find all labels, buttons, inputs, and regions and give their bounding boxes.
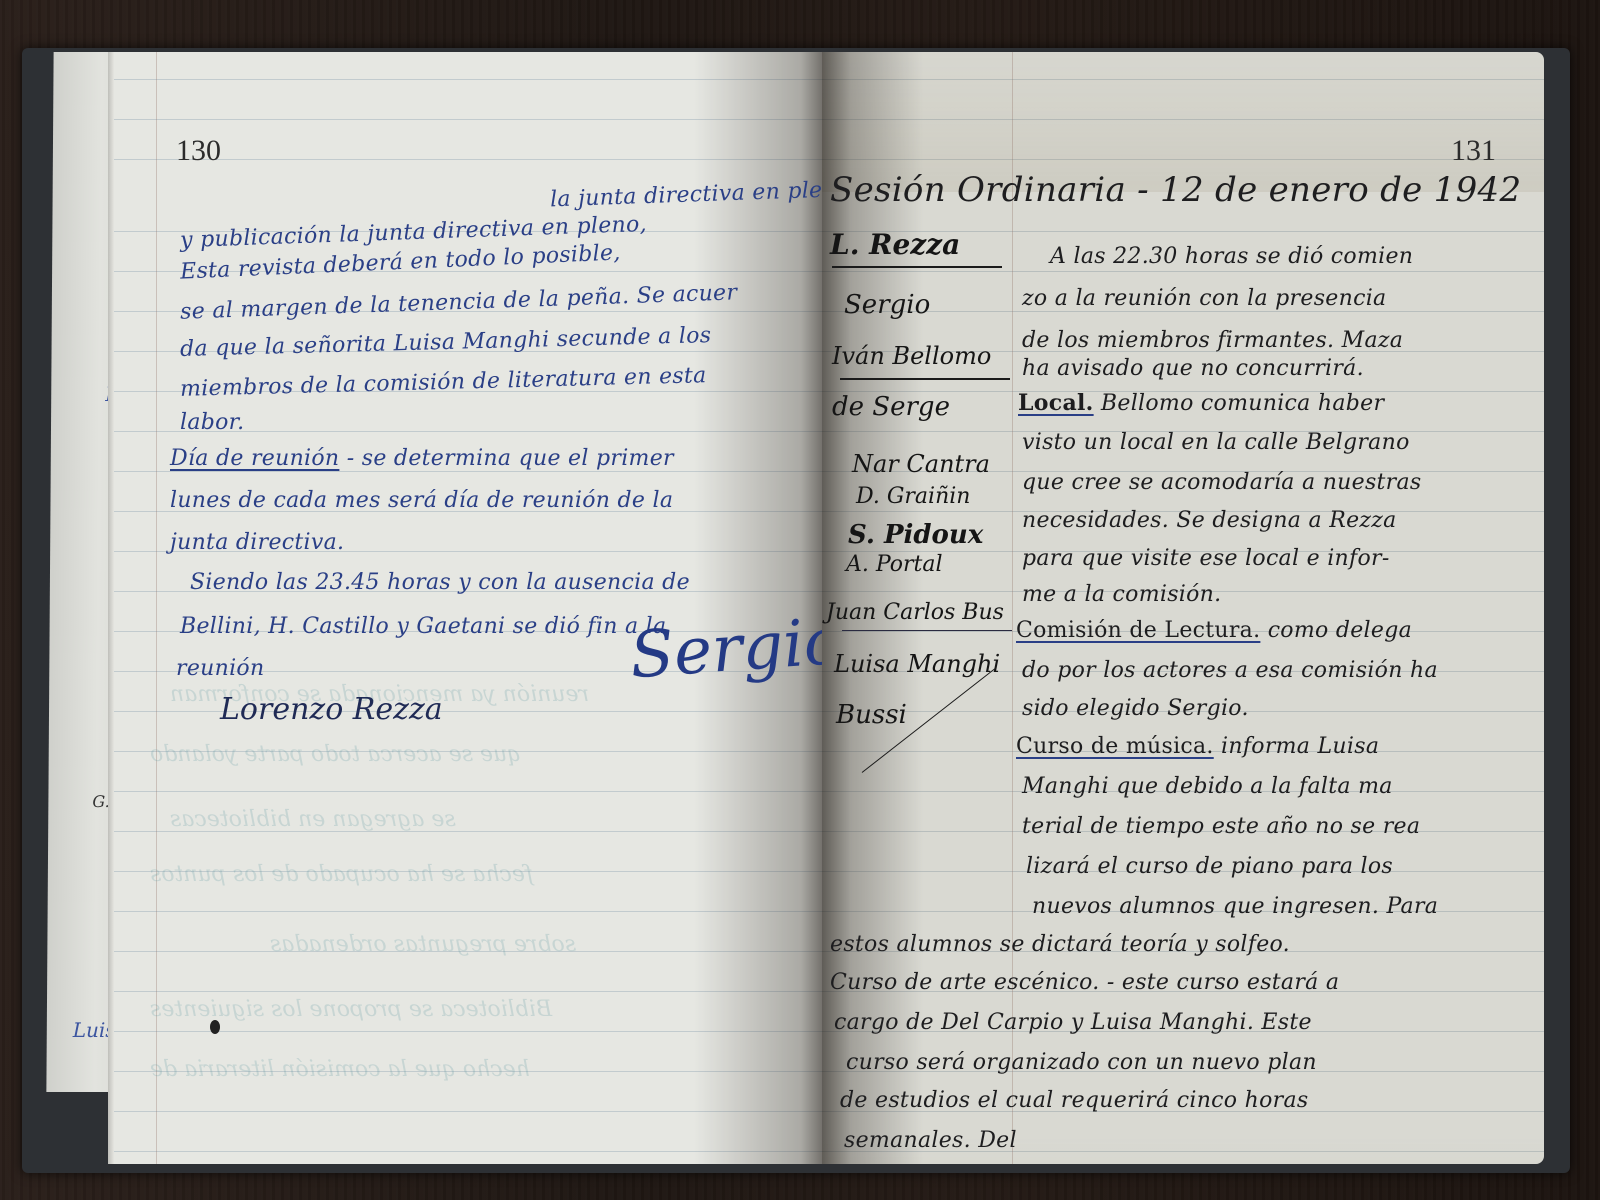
signature: Sergio [844,290,930,320]
text-line: cargo de Del Carpio y Luisa Manghi. Este [834,1010,1312,1035]
text-line: visto un local en la calle Belgrano [1022,430,1410,455]
text-line: miembros de la comisión de literatura en… [180,363,707,402]
text-line: terial de tiempo este año no se rea [1022,814,1420,839]
section-heading: Curso de música. [1016,734,1214,759]
text-line: reunión [176,656,264,681]
text-line: para que visite ese local e infor- [1022,546,1390,571]
text-line: lunes de cada mes será día de reunión de… [170,488,673,513]
section-heading: Curso de arte escénico. [830,970,1100,995]
section-heading: Día de reunión [170,446,339,471]
text-line: de los miembros firmantes. Maza [1022,328,1403,353]
signature-underline [832,266,1002,268]
bleed-through-text: fecha se ha ocupado de los puntos [150,862,533,887]
signature: Juan Carlos Bus [826,600,1004,625]
bleed-through-text: que se acerca todo parte yolando [150,742,521,767]
signature: L. Rezza [830,228,960,261]
session-title: Sesión Ordinaria - 12 de enero de 1942 [830,170,1521,210]
margin-rule [1012,52,1013,1164]
signature: Luisa Manghi [834,650,1000,678]
section-entry: Curso de arte escénico. - este curso est… [830,970,1339,995]
ink-blot [210,1020,220,1034]
signature: de Serge [832,392,950,422]
section-entry: Local. Bellomo comunica haber [1018,390,1384,416]
text-line: A las 22.30 horas se dió comien [1050,244,1413,269]
signature: Sergio [628,605,822,694]
signature: Bussi [836,700,907,730]
signature: Iván Bellomo [832,342,991,370]
section-entry: Día de reunión - se determina que el pri… [170,446,674,471]
text-line: Siendo las 23.45 horas y con la ausencia… [190,570,690,595]
page-number: 130 [176,134,221,168]
bleed-through-text: hecho que la comisión literaria de [150,1057,530,1082]
text-line: semanales. Del [844,1128,1017,1153]
text-line: la junta directiva en pleno. [550,177,822,213]
section-text: como delega [1268,618,1412,643]
text-line: estos alumnos se dictará teoría y solfeo… [830,932,1290,957]
bleed-through-text: sobre preguntas ordenadas [270,932,576,957]
signature-underline [842,630,1012,631]
text-line: lizará el curso de piano para los [1026,854,1393,879]
signature: S. Pidoux [848,520,983,550]
signature: A. Portal [846,552,943,577]
section-text: informa Luisa [1221,734,1379,759]
section-entry: Comisión de Lectura. como delega [1016,618,1412,643]
page-number: 131 [1451,134,1496,168]
text-line: Manghi que debido a la falta ma [1022,774,1393,799]
text-line: nuevos alumnos que ingresen. Para [1032,894,1438,919]
bleed-through-text: Biblioteca se propone los siguientes [150,997,552,1022]
section-heading: Comisión de Lectura. [1016,618,1260,643]
text-line: zo a la reunión con la presencia [1022,286,1386,311]
signature: Lorenzo Rezza [220,692,443,727]
page-130: reunión ya mencionada se conforman que s… [110,52,822,1164]
text-line: da que la señorita Luisa Manghi secunde … [180,323,712,362]
text-line: junta directiva. [170,530,344,555]
text-line: me a la comisión. [1022,582,1221,607]
text-line: que cree se acomodaría a nuestras [1022,470,1422,495]
signature-underline [840,378,1010,380]
bleed-through-text: se agregan en bibliotecas [170,807,456,832]
text-line: de estudios el cual requerirá cinco hora… [840,1088,1308,1113]
section-heading: Local. [1018,390,1094,416]
page-131: 131 Sesión Ordinaria - 12 de enero de 19… [822,52,1544,1164]
text-line: sido elegido Sergio. [1022,696,1249,721]
signature: D. Graiñin [856,484,970,509]
page-edge [108,52,114,1164]
text-line: Bellini, H. Castillo y Gaetani se dió fi… [180,614,666,639]
section-text: Bellomo comunica haber [1101,391,1384,416]
text-line: do por los actores a esa comisión ha [1022,658,1438,683]
text-line: curso será organizado con un nuevo plan [846,1050,1317,1075]
text-line: se al margen de la tenencia de la peña. … [180,280,738,324]
text-line: labor. [180,410,244,435]
signature: Nar Cantra [852,450,990,478]
text-line: ha avisado que no concurrirá. [1022,356,1364,381]
text-line: necesidades. Se designa a Rezza [1022,508,1397,533]
section-text: - se determina que el primer [347,446,674,471]
section-text: - este curso estará a [1107,970,1339,995]
section-entry: Curso de música. informa Luisa [1016,734,1379,759]
